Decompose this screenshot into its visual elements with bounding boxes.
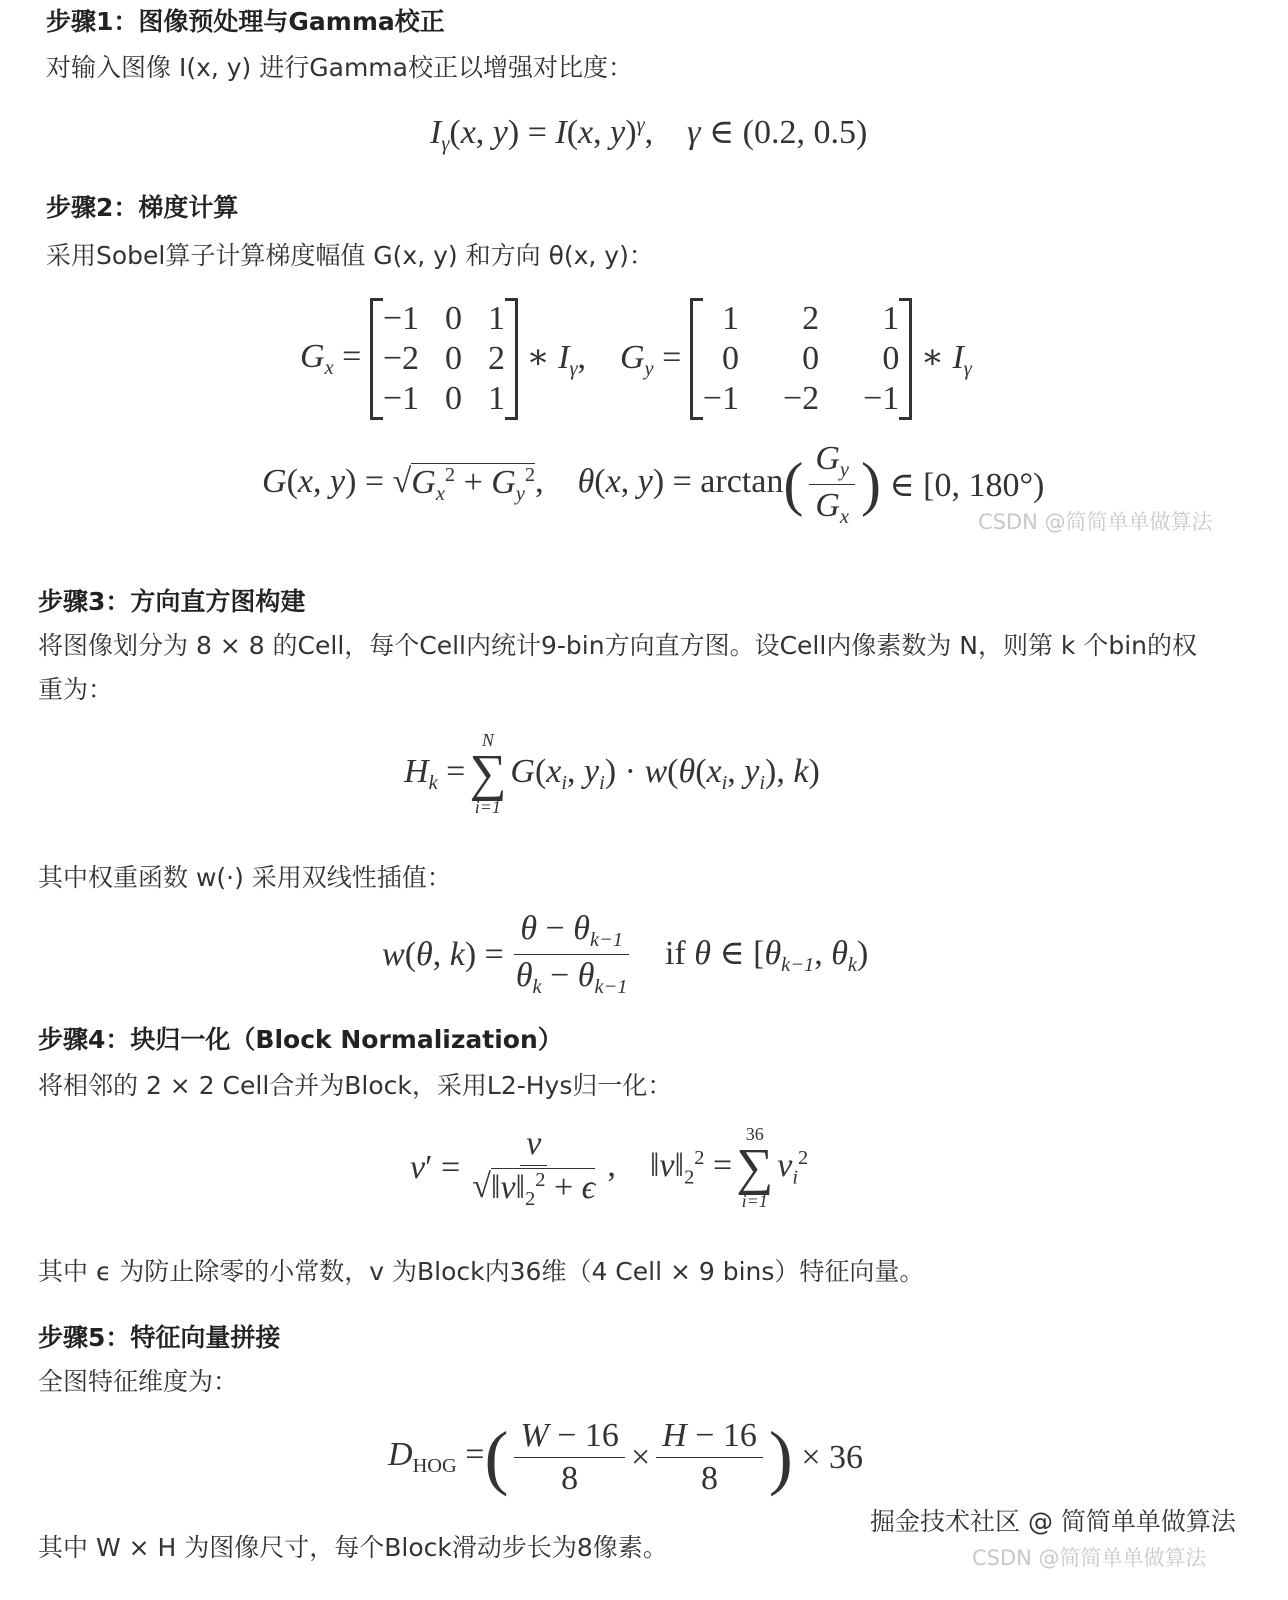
gy-matrix: 121 000 −1−2−1 xyxy=(690,298,913,420)
gx-matrix: −101 −202 −101 xyxy=(370,298,518,420)
gradient-formula: G(x, y) = √Gx2 + Gy2, θ(x, y) = arctan (… xyxy=(262,440,1044,529)
normalization-formula: v′ = v√‖v‖22 + ϵ , ‖v‖22 = 36∑i=1 vi2 xyxy=(410,1124,808,1212)
histogram-formula: Hk = N∑i=1 G(xi, yi) · w(θ(xi, yi), k) xyxy=(404,730,820,818)
gamma-formula: Iγ(x, y) = I(x, y)γ, γ ∈ (0.2, 0.5) xyxy=(430,112,867,156)
dhog-formula: DHOG = ( W − 168 × H − 168 ) × 36 xyxy=(388,1416,863,1499)
step4-text2: 其中 ϵ 为防止除零的小常数，v 为Block内36维（4 Cell × 9 b… xyxy=(38,1252,924,1288)
step5-heading: 步骤5：特征向量拼接 xyxy=(38,1318,280,1354)
step3-text2: 重为： xyxy=(38,670,113,706)
step3-heading: 步骤3：方向直方图构建 xyxy=(38,582,305,618)
step4-text: 将相邻的 2 × 2 Cell合并为Block，采用L2-Hys归一化： xyxy=(38,1066,672,1102)
step3-text: 将图像划分为 8 × 8 的Cell，每个Cell内统计9-bin方向直方图。设… xyxy=(38,626,1197,662)
step4-heading: 步骤4：块归一化（Block Normalization） xyxy=(38,1020,563,1056)
sobel-formula: Gx = −101 −202 −101 ∗ Iγ, Gy = 121 000 −… xyxy=(300,298,972,420)
weight-formula: w(θ, k) = θ − θk−1θk − θk−1 if θ ∈ [θk−1… xyxy=(382,910,868,999)
step1-heading: 步骤1：图像预处理与Gamma校正 xyxy=(46,2,445,38)
csdn-watermark-bottom: CSDN @简简单单做算法 xyxy=(972,1542,1207,1572)
juejin-watermark: 掘金技术社区 @ 简简单单做算法 xyxy=(870,1502,1236,1538)
step2-heading: 步骤2：梯度计算 xyxy=(46,188,238,224)
step5-text2: 其中 W × H 为图像尺寸，每个Block滑动步长为8像素。 xyxy=(38,1528,668,1564)
step2-text: 采用Sobel算子计算梯度幅值 G(x, y) 和方向 θ(x, y)： xyxy=(46,236,654,272)
csdn-watermark-top: CSDN @简简单单做算法 xyxy=(978,506,1213,536)
step1-text: 对输入图像 I(x, y) 进行Gamma校正以增强对比度： xyxy=(46,48,633,84)
step5-text: 全图特征维度为： xyxy=(38,1362,238,1398)
step3-text3: 其中权重函数 w(·) 采用双线性插值： xyxy=(38,858,452,894)
